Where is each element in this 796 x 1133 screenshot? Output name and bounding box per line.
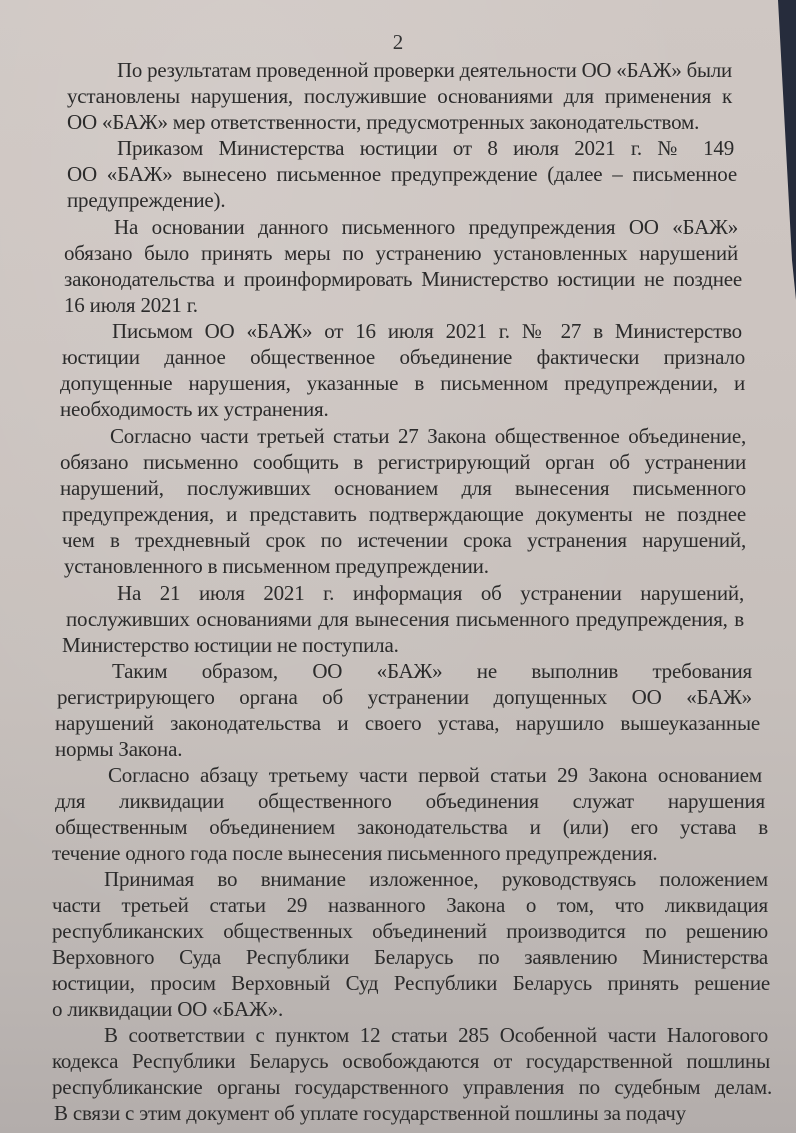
text-line: обязано было принять меры по устранению … [64,240,738,266]
text-line: необходимость их устранения. [60,396,329,422]
text-line: 16 июля 2021 г. [64,292,198,318]
text-line: предупреждение). [67,187,225,213]
text-line: В соответствии с пунктом 12 статьи 285 О… [104,1022,768,1048]
text-line: общественным объединением законодательст… [55,814,768,840]
text-line: кодекса Республики Беларусь освобождаютс… [52,1048,770,1074]
text-line: Таким образом, ОО «БАЖ» не выполнив треб… [112,658,752,684]
text-line: Письмом ОО «БАЖ» от 16 июля 2021 г. № 27… [112,318,742,344]
text-line: нарушений, послуживших основанием для вы… [60,475,746,501]
text-line: установленного в письменном предупрежден… [64,553,489,579]
text-line: регистрирующего органа об устранении доп… [57,684,752,710]
text-line: о ликвидации ОО «БАЖ». [52,996,283,1022]
text-line: чем в трехдневный срок по истечении срок… [62,527,746,553]
text-line: республиканских общественных объединений… [52,918,768,944]
text-line: Принимая во внимание изложенное, руковод… [104,866,768,892]
text-line: Согласно абзацу третьему части первой ст… [108,762,762,788]
text-line: республиканские органы государственного … [52,1074,772,1100]
text-line: По результатам проведенной проверки деят… [117,57,732,83]
text-line: обязано письменно сообщить в регистрирую… [60,449,746,475]
text-line: юстиции данное общественное объединение … [62,344,745,370]
text-line: послуживших основаниями для вынесения пи… [66,606,744,632]
text-line: законодательства и проинформировать Мини… [64,266,742,292]
text-line: ОО «БАЖ» вынесено письменное предупрежде… [67,161,737,187]
text-line: части третьей статьи 29 названного Закон… [52,892,768,918]
text-line: На 21 июля 2021 г. информация об устране… [117,580,744,606]
text-line: Согласно части третьей статьи 27 Закона … [110,423,746,449]
text-line: В связи с этим документ об уплате госуда… [54,1100,686,1126]
text-line: юстиции, просим Верховный Суд Республики… [52,970,770,996]
text-line: Верховного Суда Республики Беларусь по з… [52,944,768,970]
text-line: допущенные нарушения, указанные в письме… [60,370,745,396]
text-line: На основании данного письменного предупр… [114,214,738,240]
document-page: 2 По результатам проведенной проверки де… [0,0,796,1133]
text-line: для ликвидации общественного объединения… [55,788,765,814]
text-line: предупреждения, и представить подтвержда… [62,501,746,527]
text-line: Министерство юстиции не поступила. [62,632,399,658]
text-line: нормы Закона. [55,736,182,762]
text-line: нарушений законодательства и своего уста… [55,710,760,736]
text-line: Приказом Министерства юстиции от 8 июля … [117,135,734,161]
text-line: ОО «БАЖ» мер ответственности, предусмотр… [67,109,699,135]
text-line: течение одного года после вынесения пись… [52,840,657,866]
text-line: установлены нарушения, послужившие основ… [67,83,732,109]
page-number: 2 [0,30,796,55]
